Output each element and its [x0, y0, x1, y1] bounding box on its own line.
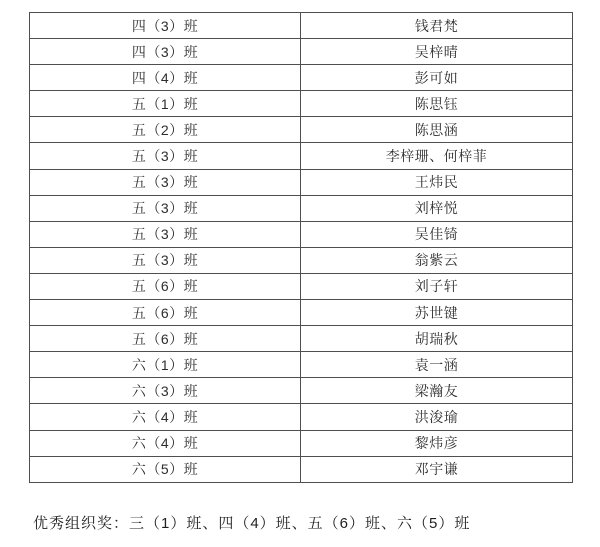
- student-name-cell: 苏世键: [301, 300, 573, 326]
- class-cell: 五（2）班: [30, 117, 301, 143]
- table-row: 四（4）班彭可如: [30, 65, 573, 91]
- class-cell: 五（3）班: [30, 247, 301, 273]
- class-cell: 六（4）班: [30, 404, 301, 430]
- student-name-cell: 邓宇谦: [301, 456, 573, 482]
- class-cell: 四（3）班: [30, 13, 301, 39]
- student-name-cell: 陈思涵: [301, 117, 573, 143]
- table-row: 六（5）班邓宇谦: [30, 456, 573, 482]
- class-cell: 五（1）班: [30, 91, 301, 117]
- class-cell: 六（1）班: [30, 352, 301, 378]
- table-row: 五（3）班刘梓悦: [30, 195, 573, 221]
- student-name-cell: 彭可如: [301, 65, 573, 91]
- class-cell: 六（5）班: [30, 456, 301, 482]
- table-row: 六（4）班黎炜彦: [30, 430, 573, 456]
- table-row: 六（3）班梁瀚友: [30, 378, 573, 404]
- table-row: 五（6）班苏世键: [30, 300, 573, 326]
- class-cell: 五（3）班: [30, 195, 301, 221]
- class-cell: 四（4）班: [30, 65, 301, 91]
- student-name-cell: 陈思钰: [301, 91, 573, 117]
- student-name-cell: 吴佳锜: [301, 221, 573, 247]
- student-name-cell: 洪浚瑜: [301, 404, 573, 430]
- class-cell: 五（6）班: [30, 273, 301, 299]
- award-table-body: 四（3）班钱君梵四（3）班吴梓晴四（4）班彭可如五（1）班陈思钰五（2）班陈思涵…: [30, 13, 573, 483]
- table-row: 五（6）班胡瑞秋: [30, 326, 573, 352]
- student-name-cell: 李梓珊、何梓菲: [301, 143, 573, 169]
- class-cell: 五（6）班: [30, 326, 301, 352]
- table-row: 五（3）班翁紫云: [30, 247, 573, 273]
- organization-award-note: 优秀组织奖：三（1）班、四（4）班、五（6）班、六（5）班: [33, 512, 470, 533]
- student-name-cell: 袁一涵: [301, 352, 573, 378]
- student-name-cell: 胡瑞秋: [301, 326, 573, 352]
- table-row: 五（3）班吴佳锜: [30, 221, 573, 247]
- student-name-cell: 刘子轩: [301, 273, 573, 299]
- student-name-cell: 黎炜彦: [301, 430, 573, 456]
- student-name-cell: 翁紫云: [301, 247, 573, 273]
- class-cell: 四（3）班: [30, 39, 301, 65]
- class-cell: 五（3）班: [30, 221, 301, 247]
- student-name-cell: 刘梓悦: [301, 195, 573, 221]
- student-name-cell: 吴梓晴: [301, 39, 573, 65]
- table-row: 四（3）班钱君梵: [30, 13, 573, 39]
- table-row: 五（1）班陈思钰: [30, 91, 573, 117]
- class-cell: 五（3）班: [30, 169, 301, 195]
- class-cell: 五（6）班: [30, 300, 301, 326]
- table-row: 六（4）班洪浚瑜: [30, 404, 573, 430]
- award-table: 四（3）班钱君梵四（3）班吴梓晴四（4）班彭可如五（1）班陈思钰五（2）班陈思涵…: [29, 12, 573, 483]
- table-row: 五（2）班陈思涵: [30, 117, 573, 143]
- class-cell: 六（3）班: [30, 378, 301, 404]
- table-row: 五（3）班王炜民: [30, 169, 573, 195]
- table-row: 五（6）班刘子轩: [30, 273, 573, 299]
- student-name-cell: 钱君梵: [301, 13, 573, 39]
- student-name-cell: 梁瀚友: [301, 378, 573, 404]
- class-cell: 六（4）班: [30, 430, 301, 456]
- table-row: 四（3）班吴梓晴: [30, 39, 573, 65]
- table-row: 五（3）班李梓珊、何梓菲: [30, 143, 573, 169]
- student-name-cell: 王炜民: [301, 169, 573, 195]
- class-cell: 五（3）班: [30, 143, 301, 169]
- table-row: 六（1）班袁一涵: [30, 352, 573, 378]
